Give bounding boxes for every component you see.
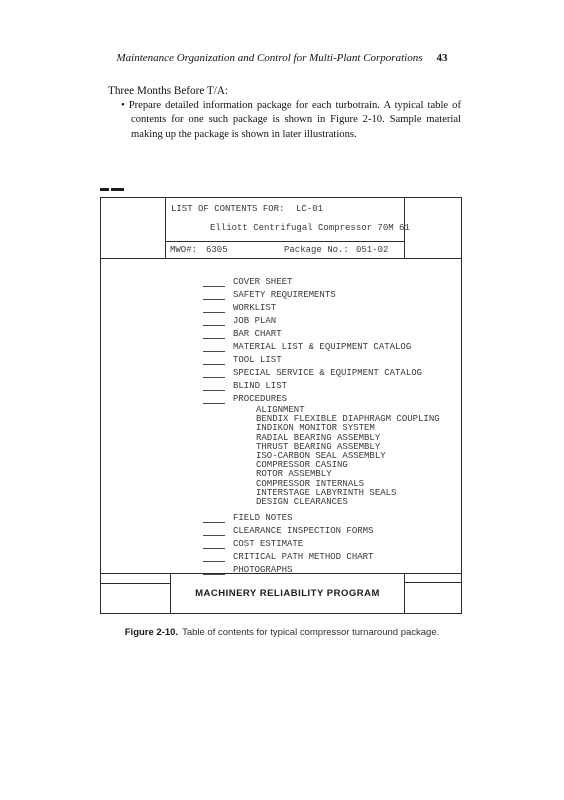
book-page: Maintenance Organization and Control for… bbox=[0, 0, 564, 800]
bullet-icon: • bbox=[121, 100, 125, 111]
package-no-label: Package No.: bbox=[284, 245, 349, 255]
checklist-row: CRITICAL PATH METHOD CHART bbox=[203, 550, 440, 563]
checklist-item-label: WORKLIST bbox=[233, 303, 276, 314]
checklist-row: COST ESTIMATE bbox=[203, 537, 440, 550]
checklist-item-label: TOOL LIST bbox=[233, 355, 282, 366]
checklist-row: COVER SHEET bbox=[203, 275, 440, 288]
checklist-bottom-group: FIELD NOTES CLEARANCE INSPECTION FORMS C… bbox=[203, 511, 440, 576]
program-banner: MACHINERY RELIABILITY PROGRAM bbox=[195, 588, 380, 599]
form-mwo-row: MWO#: 6305 Package No.: 051-02 bbox=[166, 241, 404, 258]
checklist-row: SPECIAL SERVICE & EQUIPMENT CATALOG bbox=[203, 366, 440, 379]
bullet-paragraph: •Prepare detailed information package fo… bbox=[121, 99, 461, 142]
fill-in-blank-line bbox=[203, 381, 225, 391]
fill-in-blank-line bbox=[203, 355, 225, 365]
form-header-divider bbox=[101, 258, 461, 259]
checklist-row: CLEARANCE INSPECTION FORMS bbox=[203, 524, 440, 537]
list-title-value: LC-01 bbox=[296, 204, 323, 214]
fill-in-blank-line bbox=[203, 290, 225, 300]
figure-caption-text: Table of contents for typical compressor… bbox=[182, 627, 439, 638]
checklist-row: FIELD NOTES bbox=[203, 511, 440, 524]
checklist-row: MATERIAL LIST & EQUIPMENT CATALOG bbox=[203, 340, 440, 353]
checklist-item-label: PROCEDURES bbox=[233, 394, 287, 405]
list-title-label: LIST OF CONTENTS FOR: bbox=[171, 204, 284, 214]
fill-in-blank-line bbox=[203, 526, 225, 536]
print-stamp-mark bbox=[100, 188, 124, 191]
checklist-item-label: BAR CHART bbox=[233, 329, 282, 340]
checklist-item-label: SPECIAL SERVICE & EQUIPMENT CATALOG bbox=[233, 368, 422, 379]
form-footer: MACHINERY RELIABILITY PROGRAM bbox=[101, 573, 461, 613]
paragraph-text: Prepare detailed information package for… bbox=[129, 100, 461, 140]
fill-in-blank-line bbox=[203, 368, 225, 378]
section-heading: Three Months Before T/A: bbox=[108, 84, 228, 98]
mwo-value: 6305 bbox=[206, 245, 228, 255]
checklist-item-label: JOB PLAN bbox=[233, 316, 276, 327]
procedure-subitem-label: DESIGN CLEARANCES bbox=[256, 498, 440, 507]
page-number: 43 bbox=[436, 52, 447, 65]
procedures-subitem-group: ALIGNMENT BENDIX FLEXIBLE DIAPHRAGM COUP… bbox=[256, 406, 440, 507]
checklist-item-label: COST ESTIMATE bbox=[233, 539, 303, 550]
package-no-value: 051-02 bbox=[356, 245, 388, 255]
checklist-item-label: COVER SHEET bbox=[233, 277, 292, 288]
fill-in-blank-line bbox=[203, 539, 225, 549]
fill-in-blank-line bbox=[203, 342, 225, 352]
checklist-row: PROCEDURES bbox=[203, 392, 440, 405]
fill-in-blank-line bbox=[203, 316, 225, 326]
footer-left-divider bbox=[101, 583, 170, 584]
fill-in-blank-line bbox=[203, 394, 225, 404]
footer-right-divider bbox=[405, 582, 461, 583]
fill-in-blank-line bbox=[203, 552, 225, 562]
form-title-row: LIST OF CONTENTS FOR: LC-01 Elliott Cent… bbox=[166, 198, 404, 241]
checklist-item-label: SAFETY REQUIREMENTS bbox=[233, 290, 336, 301]
checklist-row: BAR CHART bbox=[203, 327, 440, 340]
checklist-top-group: COVER SHEET SAFETY REQUIREMENTS WORKLIST bbox=[203, 275, 440, 405]
fill-in-blank-line bbox=[203, 277, 225, 287]
checklist-row: WORKLIST bbox=[203, 301, 440, 314]
checklist-item-label: FIELD NOTES bbox=[233, 513, 292, 524]
checklist-row: JOB PLAN bbox=[203, 314, 440, 327]
figure-caption: Figure 2-10.Table of contents for typica… bbox=[0, 627, 564, 638]
fill-in-blank-line bbox=[203, 303, 225, 313]
checklist-item-label: CRITICAL PATH METHOD CHART bbox=[233, 552, 373, 563]
equipment-name: Elliott Centrifugal Compressor 70M 61 bbox=[210, 223, 410, 233]
mwo-label: MWO#: bbox=[170, 245, 197, 255]
checklist-item-label: CLEARANCE INSPECTION FORMS bbox=[233, 526, 373, 537]
footer-center-cell: MACHINERY RELIABILITY PROGRAM bbox=[170, 574, 405, 613]
running-head: Maintenance Organization and Control for… bbox=[0, 52, 564, 65]
fill-in-blank-line bbox=[203, 329, 225, 339]
form-header-cell: LIST OF CONTENTS FOR: LC-01 Elliott Cent… bbox=[165, 198, 405, 258]
contents-form: LIST OF CONTENTS FOR: LC-01 Elliott Cent… bbox=[100, 197, 462, 614]
checklist-row: TOOL LIST bbox=[203, 353, 440, 366]
running-head-title: Maintenance Organization and Control for… bbox=[117, 52, 423, 65]
checklist-row: BLIND LIST bbox=[203, 379, 440, 392]
contents-checklist: COVER SHEET SAFETY REQUIREMENTS WORKLIST bbox=[203, 275, 440, 576]
checklist-item-label: MATERIAL LIST & EQUIPMENT CATALOG bbox=[233, 342, 411, 353]
checklist-row: SAFETY REQUIREMENTS bbox=[203, 288, 440, 301]
figure-caption-label: Figure 2-10. bbox=[125, 627, 178, 638]
fill-in-blank-line bbox=[203, 513, 225, 523]
checklist-item-label: BLIND LIST bbox=[233, 381, 287, 392]
